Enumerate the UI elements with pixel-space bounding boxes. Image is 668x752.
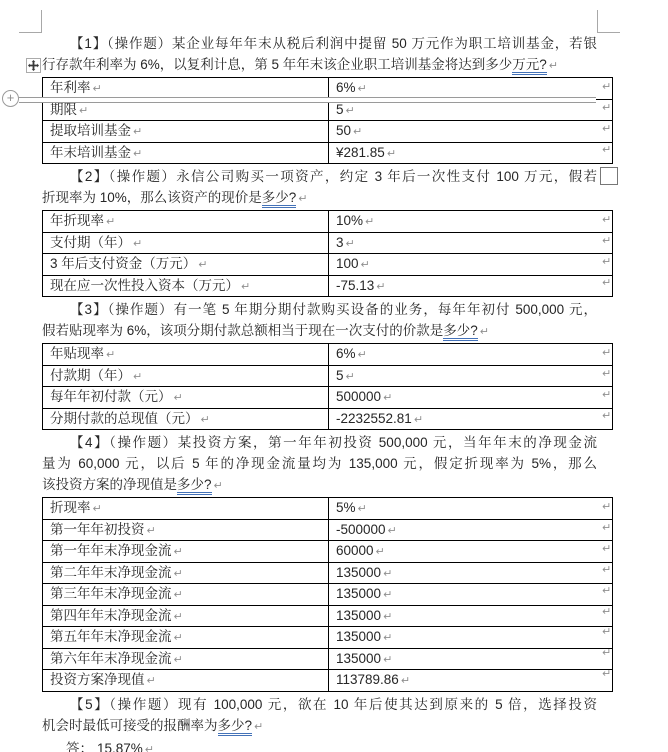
- end-of-row-mark: ↵: [602, 368, 611, 380]
- cell-value-text: 3: [336, 235, 344, 250]
- end-of-row-mark: ↵: [602, 647, 611, 659]
- grammar-underlined-text: 万元?: [512, 57, 547, 75]
- cell-label-text: 年贴现率: [50, 346, 104, 361]
- table-row: 第六年年末净现金流↵135000↵: [43, 648, 613, 670]
- end-of-row-mark: ↵: [602, 522, 611, 534]
- table-cell-label[interactable]: 第一年年末净现金流↵: [43, 541, 329, 563]
- table-cell-value[interactable]: 50↵: [329, 121, 613, 143]
- grammar-underlined-text: 多少?: [218, 718, 253, 736]
- table-cell-value[interactable]: 60000↵: [329, 541, 613, 563]
- table-cell-value[interactable]: 135000↵: [329, 562, 613, 584]
- insert-row-indicator-line: [19, 97, 596, 103]
- cell-label-text: 第三年年末净现金流: [50, 586, 172, 601]
- end-of-cell-mark: ↵: [174, 545, 183, 558]
- end-of-cell-mark: ↵: [346, 237, 355, 250]
- paragraph-text: 假若贴现率为 6%，该项分期付款总额相当于现在一次支付的价款是: [42, 323, 443, 338]
- table-cell-label[interactable]: 现在应一次性投入资本（万元）↵: [43, 275, 329, 297]
- end-of-row-mark: ↵: [602, 144, 611, 156]
- problem-4-line[interactable]: 【4】（操作题）某投资方案，第一年年初投资 500,000 元，当年年末的净现金…: [42, 432, 597, 453]
- table-cell-value[interactable]: -75.13↵: [329, 275, 613, 297]
- end-of-cell-mark: ↵: [383, 391, 392, 404]
- table-row: 投资方案净现值↵113789.86↵: [43, 670, 613, 692]
- table-cell-value[interactable]: 135000↵: [329, 605, 613, 627]
- table-cell-label[interactable]: 第一年年初投资↵: [43, 519, 329, 541]
- table-cell-value[interactable]: 113789.86↵: [329, 670, 613, 692]
- cell-value-text: -75.13: [336, 278, 374, 293]
- grammar-underlined-text: 多少?: [177, 477, 212, 495]
- table-cell-label[interactable]: 年折现率↵: [43, 211, 329, 233]
- paragraph-text: 【1】（操作题）某企业每年年末从税后利润中提留 50 万元作为职工培训基金，若银: [70, 36, 597, 51]
- end-of-cell-mark: ↵: [346, 104, 355, 117]
- cell-value-text: 6%: [336, 346, 356, 361]
- paragraph-text: 【3】（操作题）有一笔 5 年期分期付款购买设备的业务，每年年初付 500,00…: [70, 302, 597, 317]
- text-boundary-mark-top-right-v: [597, 10, 598, 33]
- table-row: 第一年年末净现金流↵60000↵: [43, 541, 613, 563]
- table-cell-label[interactable]: 年利率↵: [43, 78, 329, 100]
- paragraph-text: 该投资方案的净现值是: [42, 477, 177, 492]
- table-cell-label[interactable]: 折现率↵: [43, 498, 329, 520]
- cell-value-text: 5: [336, 368, 344, 383]
- end-of-cell-mark: ↵: [133, 237, 142, 250]
- word-document-page: 【1】（操作题）某企业每年年末从税后利润中提留 50 万元作为职工培训基金，若银…: [0, 0, 668, 752]
- cell-label-text: 第五年年末净现金流: [50, 629, 172, 644]
- end-of-cell-mark: ↵: [383, 631, 392, 644]
- end-of-row-mark: ↵: [602, 410, 611, 422]
- end-of-row-mark: ↵: [602, 389, 611, 401]
- table-row: 提取培训基金↵50↵: [43, 121, 613, 143]
- cell-label-text: 第一年年末净现金流: [50, 543, 172, 558]
- table-cell-label[interactable]: 分期付款的总现值（元）↵: [43, 408, 329, 430]
- end-of-cell-mark: ↵: [383, 653, 392, 666]
- end-of-row-mark: ↵: [602, 585, 611, 597]
- table-cell-value[interactable]: 5%↵: [329, 498, 613, 520]
- problem-5-line[interactable]: 机会时最低可接受的报酬率为多少?↵: [42, 715, 597, 736]
- hidden-object-box-mark: [600, 167, 618, 185]
- document-content: 【1】（操作题）某企业每年年末从税后利润中提留 50 万元作为职工培训基金，若银…: [42, 33, 597, 752]
- end-of-cell-mark: ↵: [147, 524, 156, 537]
- table-row: 第三年年末净现金流↵135000↵: [43, 584, 613, 606]
- cell-label-text: 投资方案净现值: [50, 672, 145, 687]
- cell-label-text: 年折现率: [50, 213, 104, 228]
- problem-5-line[interactable]: 【5】（操作题）现有 100,000 元，欲在 10 年后使其达到原来的 5 倍…: [42, 694, 597, 715]
- end-of-cell-mark: ↵: [79, 104, 88, 117]
- end-of-cell-mark: ↵: [376, 545, 385, 558]
- cell-label-text: 第一年年初投资: [50, 522, 145, 537]
- end-of-row-mark: ↵: [602, 564, 611, 576]
- cell-label-text: 期限: [50, 102, 77, 117]
- paragraph-mark: ↵: [549, 59, 558, 72]
- end-of-cell-mark: ↵: [353, 125, 362, 138]
- problem-2-paragraph: 【2】（操作题）永信公司购买一项资产，约定 3 年后一次性支付 100 万元，假…: [42, 166, 597, 208]
- table-cell-value[interactable]: 135000↵: [329, 584, 613, 606]
- end-of-row-mark: ↵: [602, 214, 611, 226]
- cell-value-text: -2232552.81: [336, 411, 412, 426]
- cell-value-text: 10%: [336, 213, 363, 228]
- table-row: 第五年年末净现金流↵135000↵: [43, 627, 613, 649]
- cell-label-text: 3 年后支付资金（万元）: [50, 256, 196, 271]
- end-of-cell-mark: ↵: [387, 147, 396, 160]
- cell-label-text: 付款期（年）: [50, 368, 131, 383]
- problem-2-table: 年折现率↵10%↵支付期（年）↵3↵3 年后支付资金（万元）↵100↵现在应一次…: [42, 210, 596, 297]
- end-of-cell-mark: ↵: [106, 215, 115, 228]
- end-of-cell-mark: ↵: [133, 125, 142, 138]
- data-table: 年贴现率↵6%↵付款期（年）↵5↵每年年初付款（元）↵500000↵分期付款的总…: [42, 343, 613, 430]
- end-of-cell-mark: ↵: [241, 280, 250, 293]
- end-of-cell-mark: ↵: [174, 588, 183, 601]
- end-of-row-mark: ↵: [602, 235, 611, 247]
- cell-label-text: 现在应一次性投入资本（万元）: [50, 278, 239, 293]
- answer-line[interactable]: 答：15.87%↵: [42, 738, 597, 752]
- text-boundary-mark-top-left-h: [19, 32, 41, 33]
- table-cell-label[interactable]: 年贴现率↵: [43, 344, 329, 366]
- table-row: 年末培训基金↵¥281.85↵: [43, 142, 613, 164]
- table-cell-label[interactable]: 年末培训基金↵: [43, 142, 329, 164]
- table-cell-value[interactable]: -2232552.81↵: [329, 408, 613, 430]
- paragraph-text: 量为 60,000 元，以后 5 年的净现金流量均为 135,000 元，假定折…: [42, 456, 597, 471]
- problem-1-table: 年利率↵6%↵期限↵5↵提取培训基金↵50↵年末培训基金↵¥281.85↵↵↵↵…: [42, 77, 596, 164]
- cell-value-text: 113789.86: [336, 672, 399, 687]
- table-cell-value[interactable]: 5↵: [329, 365, 613, 387]
- end-of-cell-mark: ↵: [358, 82, 367, 95]
- problems-container: 【1】（操作题）某企业每年年末从税后利润中提留 50 万元作为职工培训基金，若银…: [42, 33, 597, 736]
- grammar-underlined-text: 多少?: [262, 190, 297, 208]
- end-of-cell-mark: ↵: [346, 370, 355, 383]
- table-cell-value[interactable]: -500000↵: [329, 519, 613, 541]
- paragraph-text: 行存款年利率为 6%，以复利计息，第 5 年年末该企业职工培训基金将达到多少: [42, 57, 512, 72]
- cell-label-text: 提取培训基金: [50, 123, 131, 138]
- problem-2-line[interactable]: 【2】（操作题）永信公司购买一项资产，约定 3 年后一次性支付 100 万元，假…: [42, 166, 597, 187]
- paragraph-mark: ↵: [480, 325, 489, 338]
- table-row: 付款期（年）↵5↵: [43, 365, 613, 387]
- cell-label-text: 第二年年末净现金流: [50, 565, 172, 580]
- cell-label-text: 第六年年末净现金流: [50, 651, 172, 666]
- cell-value-text: 500000: [336, 389, 381, 404]
- cell-value-text: 135000: [336, 651, 381, 666]
- data-table: 折现率↵5%↵第一年年初投资↵-500000↵第一年年末净现金流↵60000↵第…: [42, 497, 613, 692]
- paragraph-text: 折现率为 10%，那么该资产的现价是: [42, 190, 262, 205]
- table-row: 年折现率↵10%↵: [43, 211, 613, 233]
- problem-4-paragraph: 【4】（操作题）某投资方案，第一年年初投资 500,000 元，当年年末的净现金…: [42, 432, 597, 495]
- cell-label-text: 折现率: [50, 500, 91, 515]
- table-row: 第二年年末净现金流↵135000↵: [43, 562, 613, 584]
- end-of-cell-mark: ↵: [93, 502, 102, 515]
- table-cell-value[interactable]: 135000↵: [329, 627, 613, 649]
- table-cell-label[interactable]: 支付期（年）↵: [43, 232, 329, 254]
- cell-label-text: 年利率: [50, 80, 91, 95]
- cell-value-text: 135000: [336, 565, 381, 580]
- end-of-cell-mark: ↵: [383, 588, 392, 601]
- table-cell-value[interactable]: 100↵: [329, 254, 613, 276]
- end-of-cell-mark: ↵: [414, 413, 423, 426]
- end-of-cell-mark: ↵: [174, 653, 183, 666]
- table-cell-label[interactable]: 第二年年末净现金流↵: [43, 562, 329, 584]
- table-cell-label[interactable]: 付款期（年）↵: [43, 365, 329, 387]
- table-cell-label[interactable]: 第四年年末净现金流↵: [43, 605, 329, 627]
- problem-1-paragraph: 【1】（操作题）某企业每年年末从税后利润中提留 50 万元作为职工培训基金，若银…: [42, 33, 597, 75]
- paragraph-text: 【4】（操作题）某投资方案，第一年年初投资 500,000 元，当年年末的净现金…: [70, 435, 597, 450]
- end-of-cell-mark: ↵: [174, 610, 183, 623]
- table-cell-label[interactable]: 第五年年末净现金流↵: [43, 627, 329, 649]
- problem-3-table: 年贴现率↵6%↵付款期（年）↵5↵每年年初付款（元）↵500000↵分期付款的总…: [42, 343, 596, 430]
- cell-value-text: 5: [336, 102, 344, 117]
- paragraph-mark: ↵: [298, 192, 307, 205]
- paragraph-mark: ↵: [214, 479, 223, 492]
- text-boundary-mark-top-right-h: [598, 32, 620, 33]
- end-of-row-mark: ↵: [602, 81, 611, 93]
- table-cell-label[interactable]: 投资方案净现值↵: [43, 670, 329, 692]
- end-of-cell-mark: ↵: [174, 391, 183, 404]
- table-row: 年贴现率↵6%↵: [43, 344, 613, 366]
- cell-value-text: -500000: [336, 522, 386, 537]
- paragraph-text: 【2】（操作题）永信公司购买一项资产，约定 3 年后一次性支付 100 万元，假…: [70, 169, 597, 184]
- problem-5-paragraph: 【5】（操作题）现有 100,000 元，欲在 10 年后使其达到原来的 5 倍…: [42, 694, 597, 736]
- text-boundary-mark-top-left-v: [41, 10, 42, 33]
- table-cell-label[interactable]: 提取培训基金↵: [43, 121, 329, 143]
- cell-value-text: 5%: [336, 500, 356, 515]
- cell-label-text: 支付期（年）: [50, 235, 131, 250]
- problem-2-line[interactable]: 折现率为 10%，那么该资产的现价是多少?↵: [42, 187, 597, 208]
- end-of-cell-mark: ↵: [198, 258, 207, 271]
- table-move-handle-icon[interactable]: [26, 58, 41, 73]
- end-of-cell-mark: ↵: [201, 413, 210, 426]
- table-row: 分期付款的总现值（元）↵-2232552.81↵: [43, 408, 613, 430]
- table-row: 年利率↵6%↵: [43, 78, 613, 100]
- end-of-cell-mark: ↵: [383, 610, 392, 623]
- data-table: 年利率↵6%↵期限↵5↵提取培训基金↵50↵年末培训基金↵¥281.85↵: [42, 77, 613, 164]
- end-of-cell-mark: ↵: [133, 147, 142, 160]
- grammar-underlined-text: 多少?: [443, 323, 478, 341]
- cell-label-text: 第四年年末净现金流: [50, 608, 172, 623]
- table-row: 第四年年末净现金流↵135000↵: [43, 605, 613, 627]
- end-of-row-mark: ↵: [602, 347, 611, 359]
- table-cell-label[interactable]: 每年年初付款（元）↵: [43, 387, 329, 409]
- end-of-row-mark: ↵: [602, 256, 611, 268]
- cell-value-text: 60000: [336, 543, 374, 558]
- end-of-cell-mark: ↵: [365, 215, 374, 228]
- end-of-row-mark: ↵: [602, 277, 611, 289]
- table-row: 现在应一次性投入资本（万元）↵-75.13↵: [43, 275, 613, 297]
- insert-row-button[interactable]: +: [2, 90, 19, 107]
- end-of-row-mark: ↵: [602, 123, 611, 135]
- end-of-row-mark: ↵: [602, 606, 611, 618]
- answer-prefix: 答：: [66, 741, 93, 752]
- end-of-cell-mark: ↵: [361, 258, 370, 271]
- end-of-cell-mark: ↵: [106, 348, 115, 361]
- end-of-cell-mark: ↵: [383, 567, 392, 580]
- cell-value-text: 135000: [336, 586, 381, 601]
- end-of-row-mark: ↵: [602, 626, 611, 638]
- table-row: 每年年初付款（元）↵500000↵: [43, 387, 613, 409]
- table-cell-value[interactable]: 3↵: [329, 232, 613, 254]
- cell-value-text: 50: [336, 123, 351, 138]
- problem-4-table: 折现率↵5%↵第一年年初投资↵-500000↵第一年年末净现金流↵60000↵第…: [42, 497, 596, 692]
- table-row: 3 年后支付资金（万元）↵100↵: [43, 254, 613, 276]
- end-of-cell-mark: ↵: [376, 280, 385, 293]
- end-of-cell-mark: ↵: [388, 524, 397, 537]
- end-of-cell-mark: ↵: [358, 348, 367, 361]
- table-row: 支付期（年）↵3↵: [43, 232, 613, 254]
- table-cell-value[interactable]: 135000↵: [329, 648, 613, 670]
- cell-value-text: ¥281.85: [336, 145, 385, 160]
- table-cell-label[interactable]: 第六年年末净现金流↵: [43, 648, 329, 670]
- table-cell-value[interactable]: 6%↵: [329, 78, 613, 100]
- table-cell-label[interactable]: 第三年年末净现金流↵: [43, 584, 329, 606]
- cell-label-text: 年末培训基金: [50, 145, 131, 160]
- end-of-row-mark: ↵: [602, 668, 611, 680]
- end-of-row-mark: ↵: [602, 501, 611, 513]
- table-cell-value[interactable]: 500000↵: [329, 387, 613, 409]
- end-of-cell-mark: ↵: [174, 631, 183, 644]
- end-of-cell-mark: ↵: [401, 674, 410, 687]
- end-of-row-mark: ↵: [602, 543, 611, 555]
- problem-3-line[interactable]: 假若贴现率为 6%，该项分期付款总额相当于现在一次支付的价款是多少?↵: [42, 320, 597, 341]
- end-of-cell-mark: ↵: [358, 502, 367, 515]
- answer-value: 15.87%: [97, 741, 143, 752]
- problem-4-line[interactable]: 量为 60,000 元，以后 5 年的净现金流量均为 135,000 元，假定折…: [42, 453, 597, 474]
- table-row: 第一年年初投资↵-500000↵: [43, 519, 613, 541]
- plus-icon: +: [7, 90, 15, 105]
- problem-3-line[interactable]: 【3】（操作题）有一笔 5 年期分期付款购买设备的业务，每年年初付 500,00…: [42, 299, 597, 320]
- end-of-cell-mark: ↵: [133, 370, 142, 383]
- problem-1-line[interactable]: 【1】（操作题）某企业每年年末从税后利润中提留 50 万元作为职工培训基金，若银: [42, 33, 597, 54]
- table-cell-value[interactable]: 6%↵: [329, 344, 613, 366]
- paragraph-mark: ↵: [254, 720, 263, 733]
- cell-value-text: 6%: [336, 80, 356, 95]
- table-cell-value[interactable]: 10%↵: [329, 211, 613, 233]
- data-table: 年折现率↵10%↵支付期（年）↵3↵3 年后支付资金（万元）↵100↵现在应一次…: [42, 210, 613, 297]
- paragraph-text: 【5】（操作题）现有 100,000 元，欲在 10 年后使其达到原来的 5 倍…: [70, 697, 597, 712]
- cell-label-text: 分期付款的总现值（元）: [50, 411, 199, 426]
- cell-value-text: 135000: [336, 629, 381, 644]
- end-of-cell-mark: ↵: [93, 82, 102, 95]
- cell-value-text: 135000: [336, 608, 381, 623]
- problem-1-line[interactable]: 行存款年利率为 6%，以复利计息，第 5 年年末该企业职工培训基金将达到多少万元…: [42, 54, 597, 75]
- table-row: 折现率↵5%↵: [43, 498, 613, 520]
- table-cell-value[interactable]: ¥281.85↵: [329, 142, 613, 164]
- problem-3-paragraph: 【3】（操作题）有一笔 5 年期分期付款购买设备的业务，每年年初付 500,00…: [42, 299, 597, 341]
- paragraph-mark: ↵: [145, 743, 154, 752]
- cell-value-text: 100: [336, 256, 359, 271]
- cell-label-text: 每年年初付款（元）: [50, 389, 172, 404]
- problem-4-line[interactable]: 该投资方案的净现值是多少?↵: [42, 474, 597, 495]
- end-of-cell-mark: ↵: [147, 674, 156, 687]
- end-of-row-mark: ↵: [602, 102, 611, 114]
- paragraph-text: 机会时最低可接受的报酬率为: [42, 718, 218, 733]
- table-cell-label[interactable]: 3 年后支付资金（万元）↵: [43, 254, 329, 276]
- end-of-cell-mark: ↵: [174, 567, 183, 580]
